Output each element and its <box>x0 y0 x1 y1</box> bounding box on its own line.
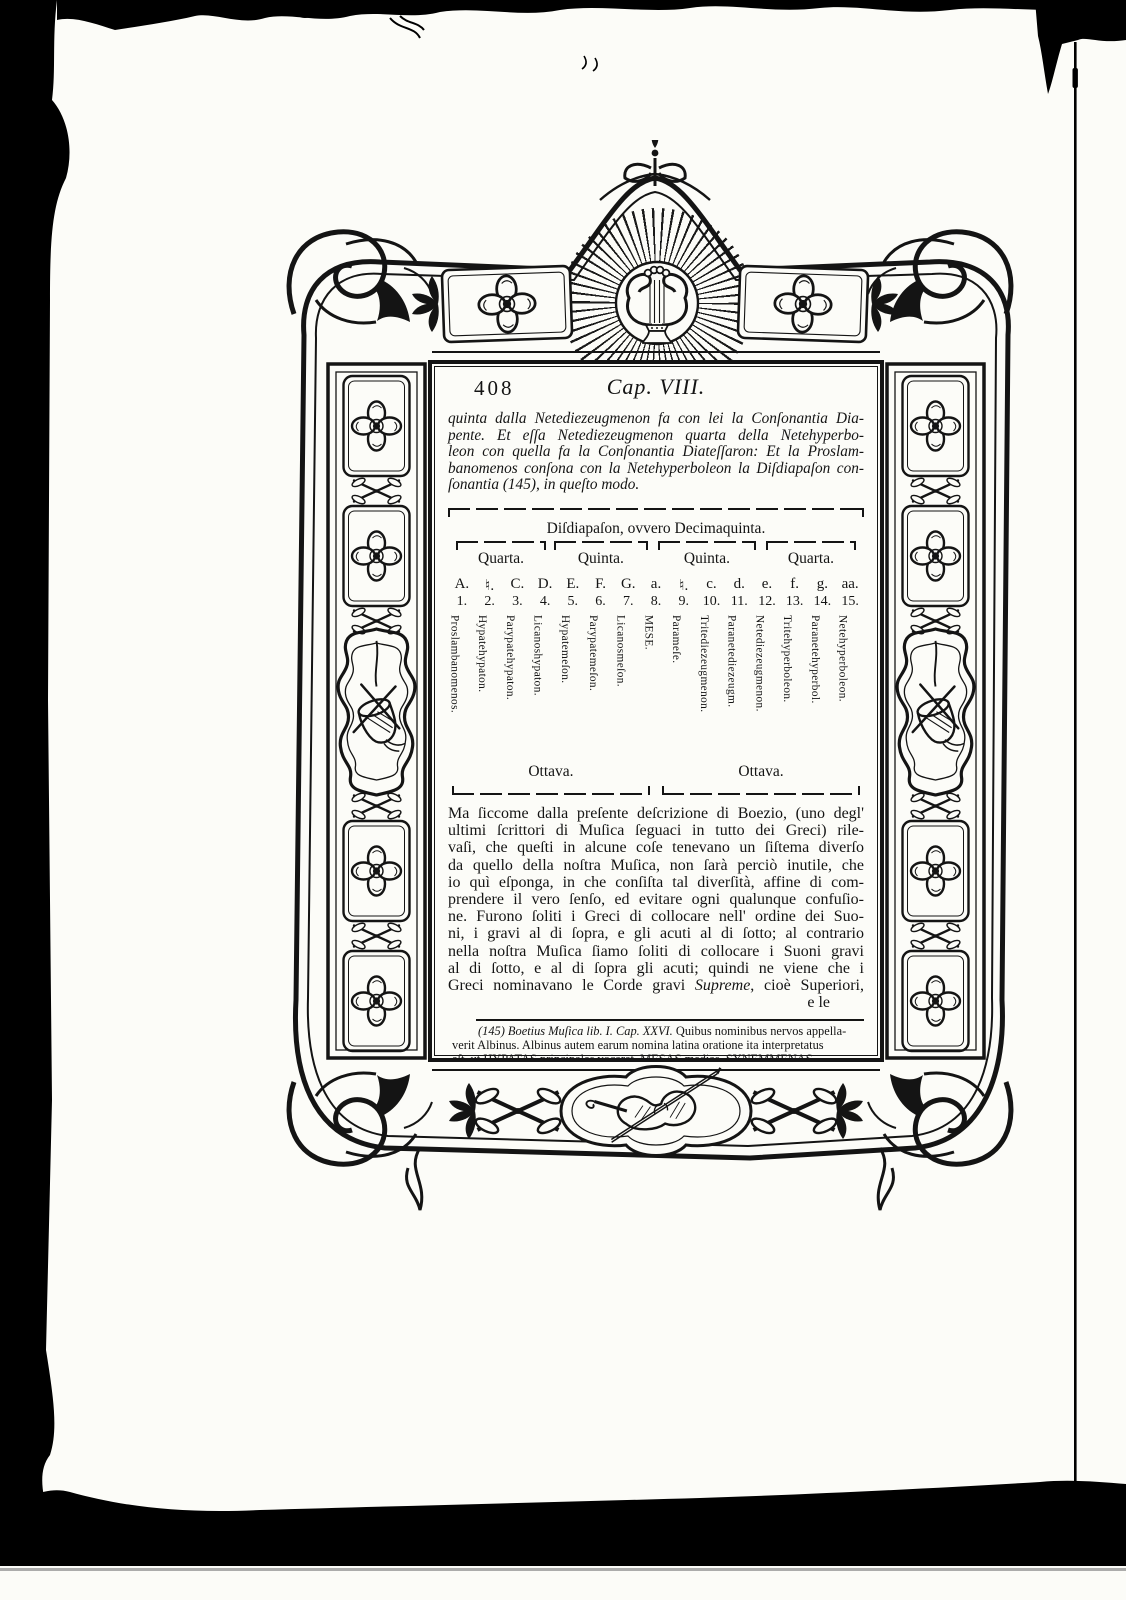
interval-label: Quarta. <box>456 550 545 568</box>
note-letter: ♮. <box>679 576 688 594</box>
footnote-citation: (145) Boetius Muſica lib. I. Cap. XXVI. <box>478 1024 673 1038</box>
pendant-drop <box>878 1148 893 1210</box>
scan-edge-bottom <box>0 1481 1126 1566</box>
note-number: 7. <box>623 594 634 611</box>
violin-with-bow-icon <box>584 1068 727 1145</box>
interval-label: Quinta. <box>554 550 648 568</box>
scale-column: F.6.Parypatemeſon. <box>587 576 615 763</box>
body-text: Greci nominavano le Corde gravi <box>448 977 695 994</box>
greek-string-name: Proslambanomenos. <box>448 615 459 763</box>
leaf-flourish-icon <box>449 1083 476 1139</box>
interval-label: Quarta. <box>766 550 855 568</box>
text-panel-content: 408 Cap. VIII. quinta dalla Netediezeugm… <box>432 364 880 1058</box>
interval-bracket: Quinta. <box>554 541 648 571</box>
text-panel: 408 Cap. VIII. quinta dalla Netediezeugm… <box>428 360 884 1062</box>
disdiapason-diagram: Diſdiapaſon, ovvero Decimaquinta. Quarta… <box>448 508 864 795</box>
note-number: 5. <box>568 594 579 611</box>
greek-string-name: Paranetediezeugm. <box>725 615 736 763</box>
scale-column: c.10.Tritediezeugmenon. <box>698 576 726 763</box>
note-number: 12. <box>758 594 776 611</box>
greek-string-name: Hypatehypaton. <box>476 615 487 763</box>
leaf-flourish-icon <box>412 276 439 332</box>
scale-column: a.8.MESE. <box>642 576 670 763</box>
interval-brackets: Quarta. Quinta. Quinta. Quarta. <box>448 541 864 575</box>
page-fold-line <box>1073 68 1078 88</box>
note-letter: C. <box>510 576 524 594</box>
intro-line: pente. Et eſſa Netediezeugmenon quarta d… <box>448 428 864 445</box>
body-line: ni, i gravi al di ſopra, e gli acuti al … <box>448 925 864 942</box>
body-line: io quì eſponga, in che conſiſta tal dive… <box>448 874 864 891</box>
right-border-column <box>887 364 984 1058</box>
scale-column: E.5.Hypatemeſon. <box>559 576 587 763</box>
body-line: vaſi, che queſti in alcune coſe tenevano… <box>448 839 864 856</box>
note-number: 9. <box>678 594 689 611</box>
left-border-column <box>328 364 425 1058</box>
scan-blot <box>234 3 260 17</box>
greek-string-name: Parypatehypaton. <box>503 615 514 763</box>
drum-with-sticks-icon <box>913 641 964 751</box>
emphasized-word: Supreme <box>695 977 750 994</box>
note-letter: ♮. <box>485 576 494 594</box>
body-line: al di ſotto, e al di ſopra gli acuti; qu… <box>448 960 864 977</box>
leaf-knot-icon <box>750 1086 839 1136</box>
bottom-band <box>432 1067 880 1156</box>
scale-column: G.7.Licanosmeſon. <box>614 576 642 763</box>
footnote-rule <box>476 1019 864 1021</box>
note-letter: F. <box>595 576 606 594</box>
intro-line: quinta dalla Netediezeugmenon fa con lei… <box>448 411 864 428</box>
octave-bracket <box>452 784 650 795</box>
diagram-title: Diſdiapaſon, ovvero Decimaquinta. <box>448 520 864 538</box>
body-paragraph: Ma ſiccome dalla preſente deſcrizione di… <box>448 805 864 1011</box>
note-number: 1. <box>457 594 468 611</box>
note-number: 4. <box>540 594 551 611</box>
note-number: 14. <box>814 594 832 611</box>
note-number: 10. <box>703 594 721 611</box>
scan-edge-top <box>57 0 1126 30</box>
octave-label: Ottava. <box>662 763 860 781</box>
book-page-scan: 408 Cap. VIII. quinta dalla Netediezeugm… <box>0 0 1126 1600</box>
intro-line: ſonantia (145), in queſto modo. <box>448 477 864 494</box>
scan-shadow-line <box>0 1568 1126 1571</box>
scale-column: D.4.Licanoshypaton. <box>531 576 559 763</box>
scan-scratch <box>582 56 597 71</box>
note-letter: D. <box>538 576 553 594</box>
note-letter: aa. <box>842 576 859 594</box>
note-number: 11. <box>731 594 748 611</box>
scan-corner-top-right <box>1035 0 1126 94</box>
intro-line: leon con quella fa la Conſonantia Diateſ… <box>448 444 864 461</box>
greek-string-name: Paranetehyperbol. <box>809 615 820 763</box>
note-letter: g. <box>817 576 828 594</box>
disdiapason-bracket <box>448 508 864 519</box>
fleur-crest-icon <box>625 140 685 186</box>
note-letter: d. <box>734 576 745 594</box>
body-line: nella noſtra Muſica ſiamo ſoliti di coll… <box>448 943 864 960</box>
leaf-flourish-icon <box>871 276 898 332</box>
body-line: prendere il vero ſenſo, ed evitare ogni … <box>448 891 864 908</box>
note-letter: E. <box>566 576 579 594</box>
scale-column: aa.15.Netehyperboleon. <box>836 576 864 763</box>
interval-label: Quinta. <box>658 550 756 568</box>
note-number: 2. <box>484 594 495 611</box>
scan-blot <box>296 6 314 18</box>
octave-label: Ottava. <box>452 763 650 781</box>
interval-bracket: Quarta. <box>766 541 855 571</box>
footnote-text: Quibus nominibus nervos appella- <box>673 1024 846 1038</box>
page-header: 408 Cap. VIII. <box>448 374 864 404</box>
scale-column: g.14.Paranetehyperbol. <box>809 576 837 763</box>
greek-string-name: Hypatemeſon. <box>559 615 570 763</box>
scan-edge-left <box>0 0 70 1514</box>
greek-string-name: Parypatemeſon. <box>587 615 598 763</box>
greek-string-name: Netediezeugmenon. <box>753 615 764 763</box>
body-line: da quello della noſtra Muſica, non ſarà … <box>448 857 864 874</box>
scale-columns: A.1.Proslambanomenos. ♮.2.Hypatehypaton.… <box>448 576 864 763</box>
scale-column: A.1.Proslambanomenos. <box>448 576 476 763</box>
greek-string-name: Licanoshypaton. <box>531 615 542 763</box>
footnote: (145) Boetius Muſica lib. I. Cap. XXVI. … <box>448 1025 864 1062</box>
body-line: ultimi ſcrittori di Muſica ſeguaci in tu… <box>448 822 864 839</box>
pediment-scroll <box>600 174 710 200</box>
greek-string-name: MESE. <box>642 615 653 763</box>
body-text: , cioè Superiori, <box>750 977 864 994</box>
body-line: Ma ſiccome dalla preſente deſcrizione di… <box>448 805 864 822</box>
scale-column: d.11.Paranetediezeugm. <box>725 576 753 763</box>
greek-string-name: Tritehyperboleon. <box>781 615 792 763</box>
note-letter: a. <box>651 576 661 594</box>
octave-brackets: Ottava. Ottava. <box>448 763 864 795</box>
note-letter: f. <box>790 576 799 594</box>
scale-column: ♮.2.Hypatehypaton. <box>476 576 504 763</box>
intro-paragraph: quinta dalla Netediezeugmenon fa con lei… <box>448 411 864 494</box>
note-letter: e. <box>762 576 772 594</box>
greek-string-name: Netehyperboleon. <box>836 615 847 763</box>
scan-blot <box>87 0 137 24</box>
footnote-line: (145) Boetius Muſica lib. I. Cap. XXVI. … <box>452 1025 860 1039</box>
interval-bracket: Quarta. <box>456 541 545 571</box>
note-number: 3. <box>512 594 523 611</box>
leaf-flourish-icon <box>836 1083 863 1139</box>
scale-column: f.13.Tritehyperboleon. <box>781 576 809 763</box>
body-line: ne. Furono ſoliti i Greci di collocare n… <box>448 908 864 925</box>
drum-with-sticks-icon <box>354 641 405 751</box>
scale-column: C.3.Parypatehypaton. <box>503 576 531 763</box>
page-fold-line <box>1074 42 1077 1482</box>
greek-string-name: Tritediezeugmenon. <box>698 615 709 763</box>
body-line: Greci nominavano le Corde gravi Supreme,… <box>448 977 864 994</box>
leaf-knot-icon <box>474 1086 563 1136</box>
scale-column: e.12.Netediezeugmenon. <box>753 576 781 763</box>
footnote-line: eſt, ut HYPATAS principales vocaret, MES… <box>452 1053 860 1062</box>
scale-column: ♮.9.Parameſe. <box>670 576 698 763</box>
octave-bracket <box>662 784 860 795</box>
greek-string-name: Parameſe. <box>670 615 681 763</box>
pendant-drop <box>407 1148 422 1210</box>
note-number: 8. <box>651 594 662 611</box>
footnote-line: verit Albinus. Albinus autem earum nomin… <box>452 1039 860 1053</box>
note-letter: c. <box>706 576 716 594</box>
intro-line: banomenos conſona con la Netehyperboleon… <box>448 461 864 478</box>
greek-string-name: Licanosmeſon. <box>614 615 625 763</box>
note-number: 13. <box>786 594 804 611</box>
note-letter: G. <box>621 576 636 594</box>
catchword: e le <box>448 994 864 1011</box>
note-letter: A. <box>455 576 470 594</box>
note-number: 6. <box>595 594 606 611</box>
scan-scratch <box>390 16 424 38</box>
note-number: 15. <box>841 594 859 611</box>
interval-bracket: Quinta. <box>658 541 756 571</box>
chapter-title: Cap. VIII. <box>448 374 864 400</box>
